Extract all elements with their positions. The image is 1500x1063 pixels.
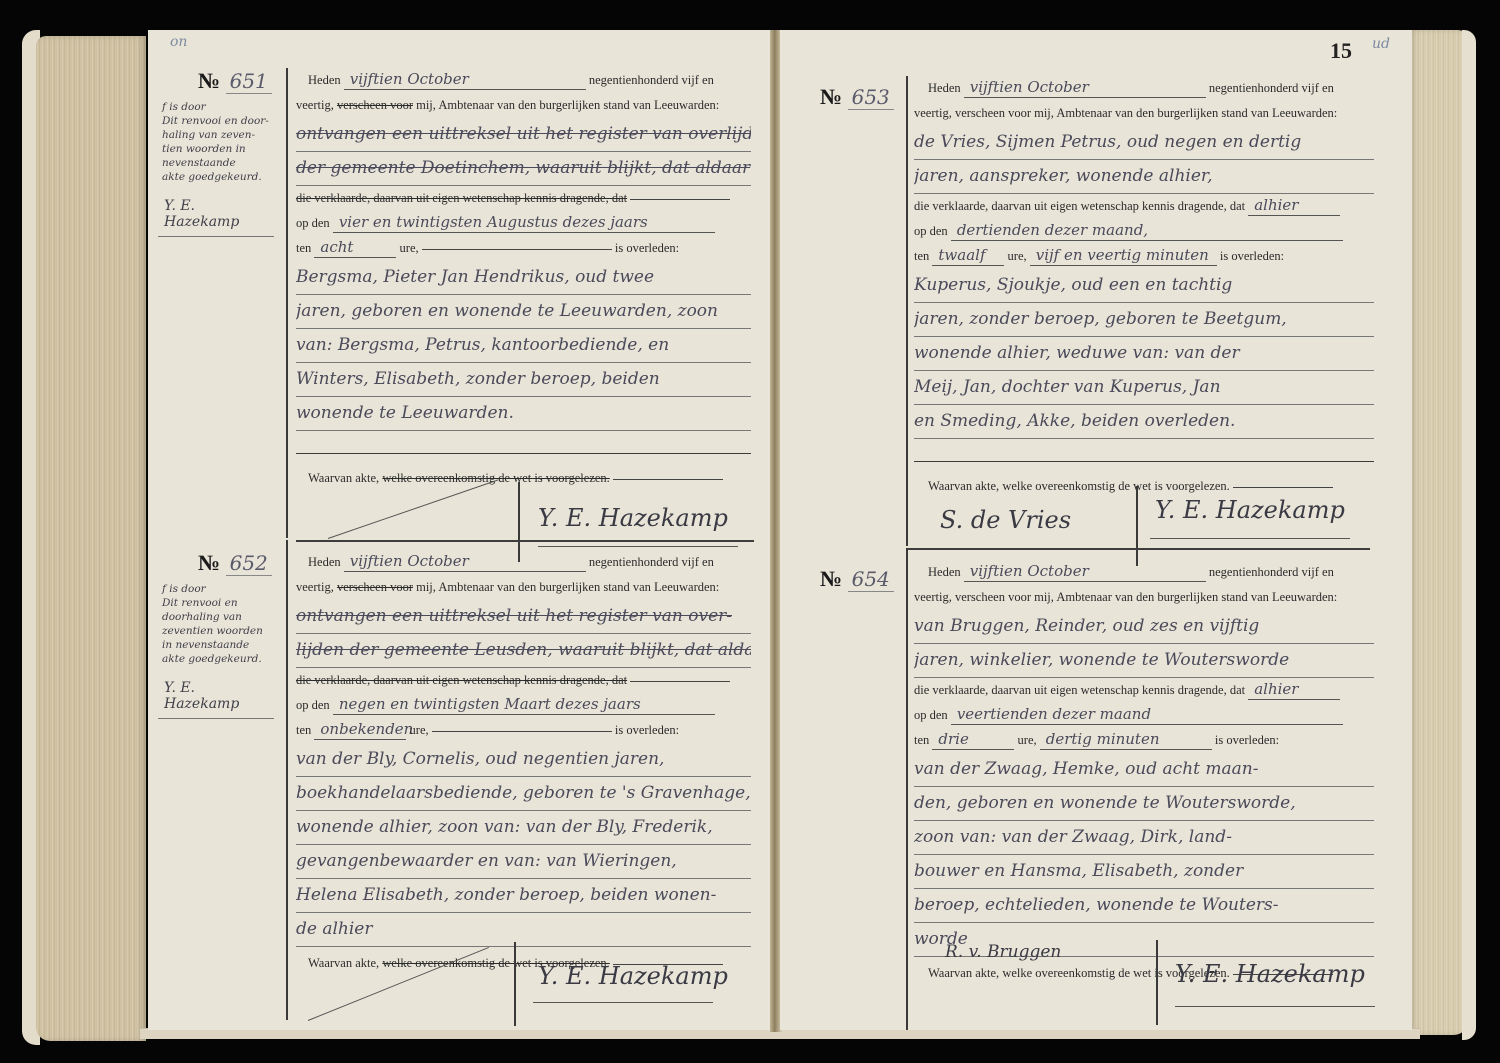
declarant-line: jaren, winkelier, wonende te Woutersword… <box>914 644 1374 678</box>
deceased-line: jaren, geboren en wonende te Leeuwarden,… <box>296 295 751 329</box>
entry-652: № 652 f is door Dit renvooi en doorhalin… <box>158 550 758 1020</box>
deceased-line: Meij, Jan, dochter van Kuperus, Jan <box>914 371 1374 405</box>
section-rule <box>296 453 751 454</box>
deceased-line: boekhandelaarsbediende, geboren te 's Gr… <box>296 777 751 811</box>
entry-number: № 653 <box>820 84 894 110</box>
deceased-line: beroep, echtelieden, wonende te Wouters- <box>914 889 1374 923</box>
deceased-line: Bergsma, Pieter Jan Hendrikus, oud twee <box>296 261 751 295</box>
death-time-line: ten onbekenden ure, is overleden: <box>296 718 751 743</box>
death-time-line: ten drie ure, dertig minuten is overlede… <box>914 728 1374 753</box>
death-date-line: op den veertienden dezer maand <box>914 703 1374 728</box>
entry-653: № 653 Heden vijftien October negentienho… <box>820 76 1400 546</box>
entry-margin: № 651 f is door Dit renvooi en door- hal… <box>158 68 288 237</box>
deceased-line: Kuperus, Sjoukje, oud een en tachtig <box>914 269 1374 303</box>
deceased-line: wonende te Leeuwarden. <box>296 397 751 431</box>
margin-signature: Y. E. Hazekamp <box>158 198 274 237</box>
signature-divider <box>1136 486 1138 566</box>
appeared-line: veertig, verscheen voor mij, Ambtenaar v… <box>296 575 751 600</box>
deceased-line: zoon van: van der Zwaag, Dirk, land- <box>914 821 1374 855</box>
page-stack-left <box>36 36 146 1041</box>
death-time-line: ten acht ure, is overleden: <box>296 236 751 261</box>
entry-body: Heden vijftien October negentienhonderd … <box>914 76 1374 499</box>
column-divider <box>906 548 908 1030</box>
date-line: Heden vijftien October negentienhonderd … <box>296 550 751 575</box>
page-number: 15 <box>1330 38 1352 64</box>
deceased-line: gevangenbewaarder en van: van Wieringen, <box>296 845 751 879</box>
page-stack-right <box>1410 30 1468 1035</box>
margin-note: f is door Dit renvooi en door- haling va… <box>158 100 288 184</box>
date-value: vijftien October <box>344 69 586 90</box>
statement-line: die verklaarde, daarvan uit eigen wetens… <box>914 194 1374 219</box>
entry-654: № 654 Heden vijftien October negentienho… <box>820 560 1400 1030</box>
death-date-line: op den negen en twintigsten Maart dezes … <box>296 693 751 718</box>
entry-number: № 651 <box>158 68 288 94</box>
left-page: on № 651 f is door Dit renvooi en door- … <box>148 30 770 1030</box>
deceased-line: Winters, Elisabeth, zonder beroep, beide… <box>296 363 751 397</box>
appeared-line: veertig, verscheen voor mij, Ambtenaar v… <box>914 101 1374 126</box>
signature-underline <box>1175 1006 1375 1007</box>
deceased-line: Helena Elisabeth, zonder beroep, beiden … <box>296 879 751 913</box>
date-line: Heden vijftien October negentienhonderd … <box>914 76 1374 101</box>
deceased-line: bouwer en Hansma, Elisabeth, zonder <box>914 855 1374 889</box>
deceased-line: en Smeding, Akke, beiden overleden. <box>914 405 1374 439</box>
entry-body: Heden vijftien October negentienhonderd … <box>296 550 751 976</box>
appeared-line: veertig, verscheen voor mij, Ambtenaar v… <box>296 93 751 118</box>
death-time-line: ten twaalf ure, vijf en veertig minuten … <box>914 244 1374 269</box>
declarant-line: der gemeente Doetinchem, waaruit blijkt,… <box>296 152 751 186</box>
entry-margin: № 652 f is door Dit renvooi en doorhalin… <box>158 550 288 719</box>
pencil-mark: ud <box>1372 36 1390 52</box>
pencil-mark: on <box>170 34 187 50</box>
statement-line: die verklaarde, daarvan uit eigen wetens… <box>296 668 751 693</box>
entry-body: Heden vijftien October negentienhonderd … <box>296 68 751 491</box>
declarant-line: van Bruggen, Reinder, oud zes en vijftig <box>914 610 1374 644</box>
statement-line: die verklaarde, daarvan uit eigen wetens… <box>914 678 1374 703</box>
declarant-line: de Vries, Sijmen Petrus, oud negen en de… <box>914 126 1374 160</box>
entry-number: № 652 <box>158 550 288 576</box>
signature-underline <box>538 546 738 547</box>
declarant-line: jaren, aanspreker, wonende alhier, <box>914 160 1374 194</box>
entry-body: Heden vijftien October negentienhonderd … <box>914 560 1374 986</box>
declarant-signature: S. de Vries <box>940 506 1071 534</box>
deceased-line: de alhier <box>296 913 751 947</box>
death-date-line: op den vier en twintigsten Augustus deze… <box>296 211 751 236</box>
declarant-signature: R. v. Bruggen <box>945 942 1061 962</box>
column-divider <box>286 540 288 1020</box>
deceased-line: jaren, zonder beroep, geboren te Beetgum… <box>914 303 1374 337</box>
margin-signature: Y. E. Hazekamp <box>158 680 274 719</box>
deceased-line: van: Bergsma, Petrus, kantoorbediende, e… <box>296 329 751 363</box>
declarant-line: lijden der gemeente Leusden, waaruit bli… <box>296 634 751 668</box>
deceased-line: van der Bly, Cornelis, oud negentien jar… <box>296 743 751 777</box>
closing-line: Waarvan akte, welke overeenkomstig de we… <box>296 466 751 491</box>
official-signature: Y. E. Hazekamp <box>1155 496 1345 524</box>
date-line: Heden vijftien October negentienhonderd … <box>296 68 751 93</box>
death-date-line: op den dertienden dezer maand, <box>914 219 1374 244</box>
section-rule <box>914 461 1374 462</box>
deceased-line: wonende alhier, zoon van: van der Bly, F… <box>296 811 751 845</box>
signature-divider <box>514 942 516 1026</box>
column-divider <box>286 68 288 538</box>
official-signature: Y. E. Hazekamp <box>538 962 728 990</box>
book-cover-right <box>1462 30 1476 1040</box>
official-signature: Y. E. Hazekamp <box>1175 960 1365 988</box>
deceased-line: wonende alhier, weduwe van: van der <box>914 337 1374 371</box>
declarant-line: ontvangen een uittreksel uit het registe… <box>296 118 751 152</box>
statement-line: die verklaarde, daarvan uit eigen wetens… <box>296 186 751 211</box>
signature-divider <box>1156 940 1158 1025</box>
deceased-line: van der Zwaag, Hemke, oud acht maan- <box>914 753 1374 787</box>
entry-number: № 654 <box>820 566 894 592</box>
deceased-line: den, geboren en wonende te Woutersworde, <box>914 787 1374 821</box>
declarant-line: ontvangen een uittreksel uit het registe… <box>296 600 751 634</box>
column-divider <box>906 76 908 546</box>
margin-note: f is door Dit renvooi en doorhaling van … <box>158 582 288 666</box>
entry-separator <box>296 540 754 542</box>
appeared-line: veertig, verscheen voor mij, Ambtenaar v… <box>914 585 1374 610</box>
entry-651: № 651 f is door Dit renvooi en door- hal… <box>158 68 758 538</box>
date-line: Heden vijftien October negentienhonderd … <box>914 560 1374 585</box>
right-page: 15 ud № 653 Heden vijftien October negen… <box>780 30 1412 1030</box>
signature-underline <box>533 1002 713 1003</box>
signature-underline <box>1150 538 1350 539</box>
official-signature: Y. E. Hazekamp <box>538 504 728 532</box>
entry-separator <box>906 548 1370 550</box>
